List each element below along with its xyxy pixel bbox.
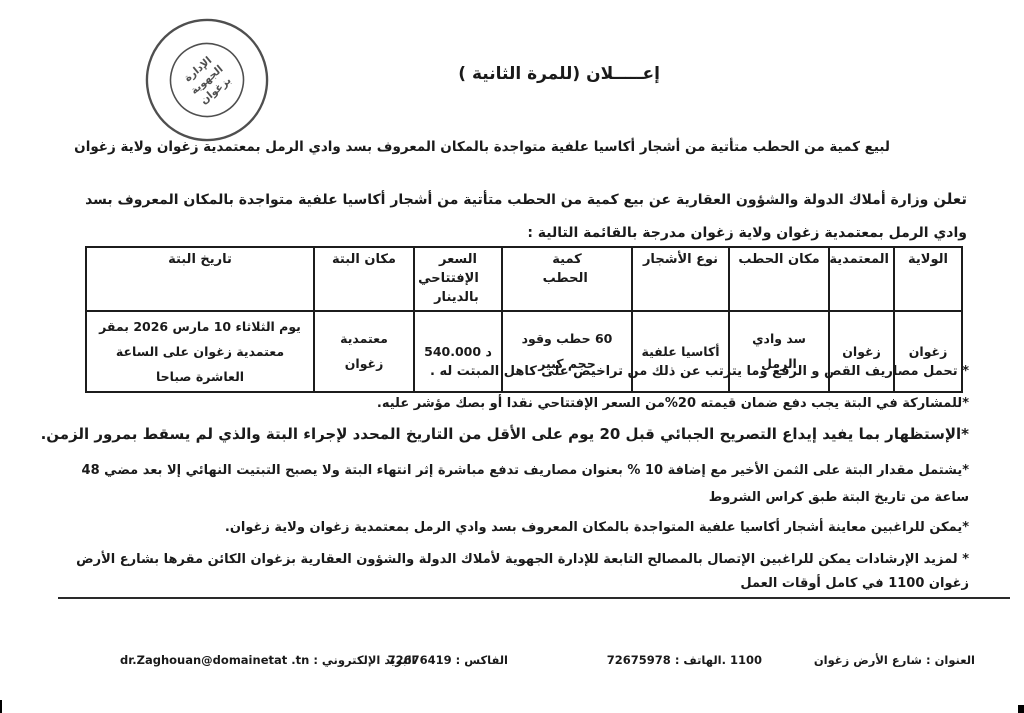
note-guarantee-20-percent: *للمشاركة في البتة يجب دفع ضمان قيمته 20… (52, 394, 969, 414)
col-header-governorate: الولاية (894, 247, 962, 311)
note-more-information: * لمزيد الإرشادات يمكن للراغبين الإتصال … (52, 548, 969, 596)
note-price-10-percent-addition: *يشتمل مقدار البتة على الثمن الأخير مع إ… (52, 457, 969, 511)
col-header-auction-date: تاريخ البتة (86, 247, 314, 311)
note-tax-declaration: *الإستظهار بما يفيد إيداع التصريح الجبائ… (52, 423, 969, 446)
footer-divider (58, 597, 1010, 599)
col-header-wood-location: مكان الحطب (729, 247, 829, 311)
note-site-viewing: *يمكن للراغبين معاينة أشجار أكاسيا علفية… (52, 518, 969, 538)
footer-address: العنوان : شارع الأرض زغوان (814, 653, 975, 667)
col-header-auction-place: مكان البتة (314, 247, 414, 311)
stamp-ring-text: الجمهورية التونسية ٭ وزارة أملاك الدولة … (119, 44, 126, 58)
table-header-row: الولاية المعتمدية مكان الحطب نوع الأشجار… (86, 247, 962, 311)
col-header-delegation: المعتمدية (829, 247, 894, 311)
col-header-tree-type: نوع الأشجار (632, 247, 729, 311)
scan-artifact-right-edge (1018, 705, 1024, 713)
note-cutting-fees: * تحمل مصاريف القص و الرفع وما يترتب عن … (52, 362, 969, 382)
scan-artifact-left-edge (0, 700, 2, 713)
intro-paragraph: تعلن وزارة أملاك الدولة والشؤون العقارية… (54, 183, 967, 250)
footer-phone: 1100 .الهاتف : 72675978 (607, 653, 762, 667)
contact-footer: العنوان : شارع الأرض زغوان 1100 .الهاتف … (0, 653, 1024, 673)
scanned-announcement-page: الجمهورية التونسية ٭ وزارة أملاك الدولة … (0, 0, 1024, 713)
intro-body-text: وزارة أملاك الدولة والشؤون العقارية عن ب… (85, 192, 967, 241)
intro-lead-word: تعلن (933, 190, 967, 208)
col-header-wood-quantity: كمية الحطب (502, 247, 632, 311)
announcement-subtitle: لبيع كمية من الحطب متأتية من أشجار أكاسي… (74, 139, 890, 155)
announcement-title: إعـــــلان (للمرة الثانية ) (458, 64, 660, 84)
col-header-opening-price: السعر الإفتتاحي بالدينار (414, 247, 502, 311)
footer-email: البريد الإلكتروني : dr.Zaghouan@domainet… (120, 653, 415, 667)
